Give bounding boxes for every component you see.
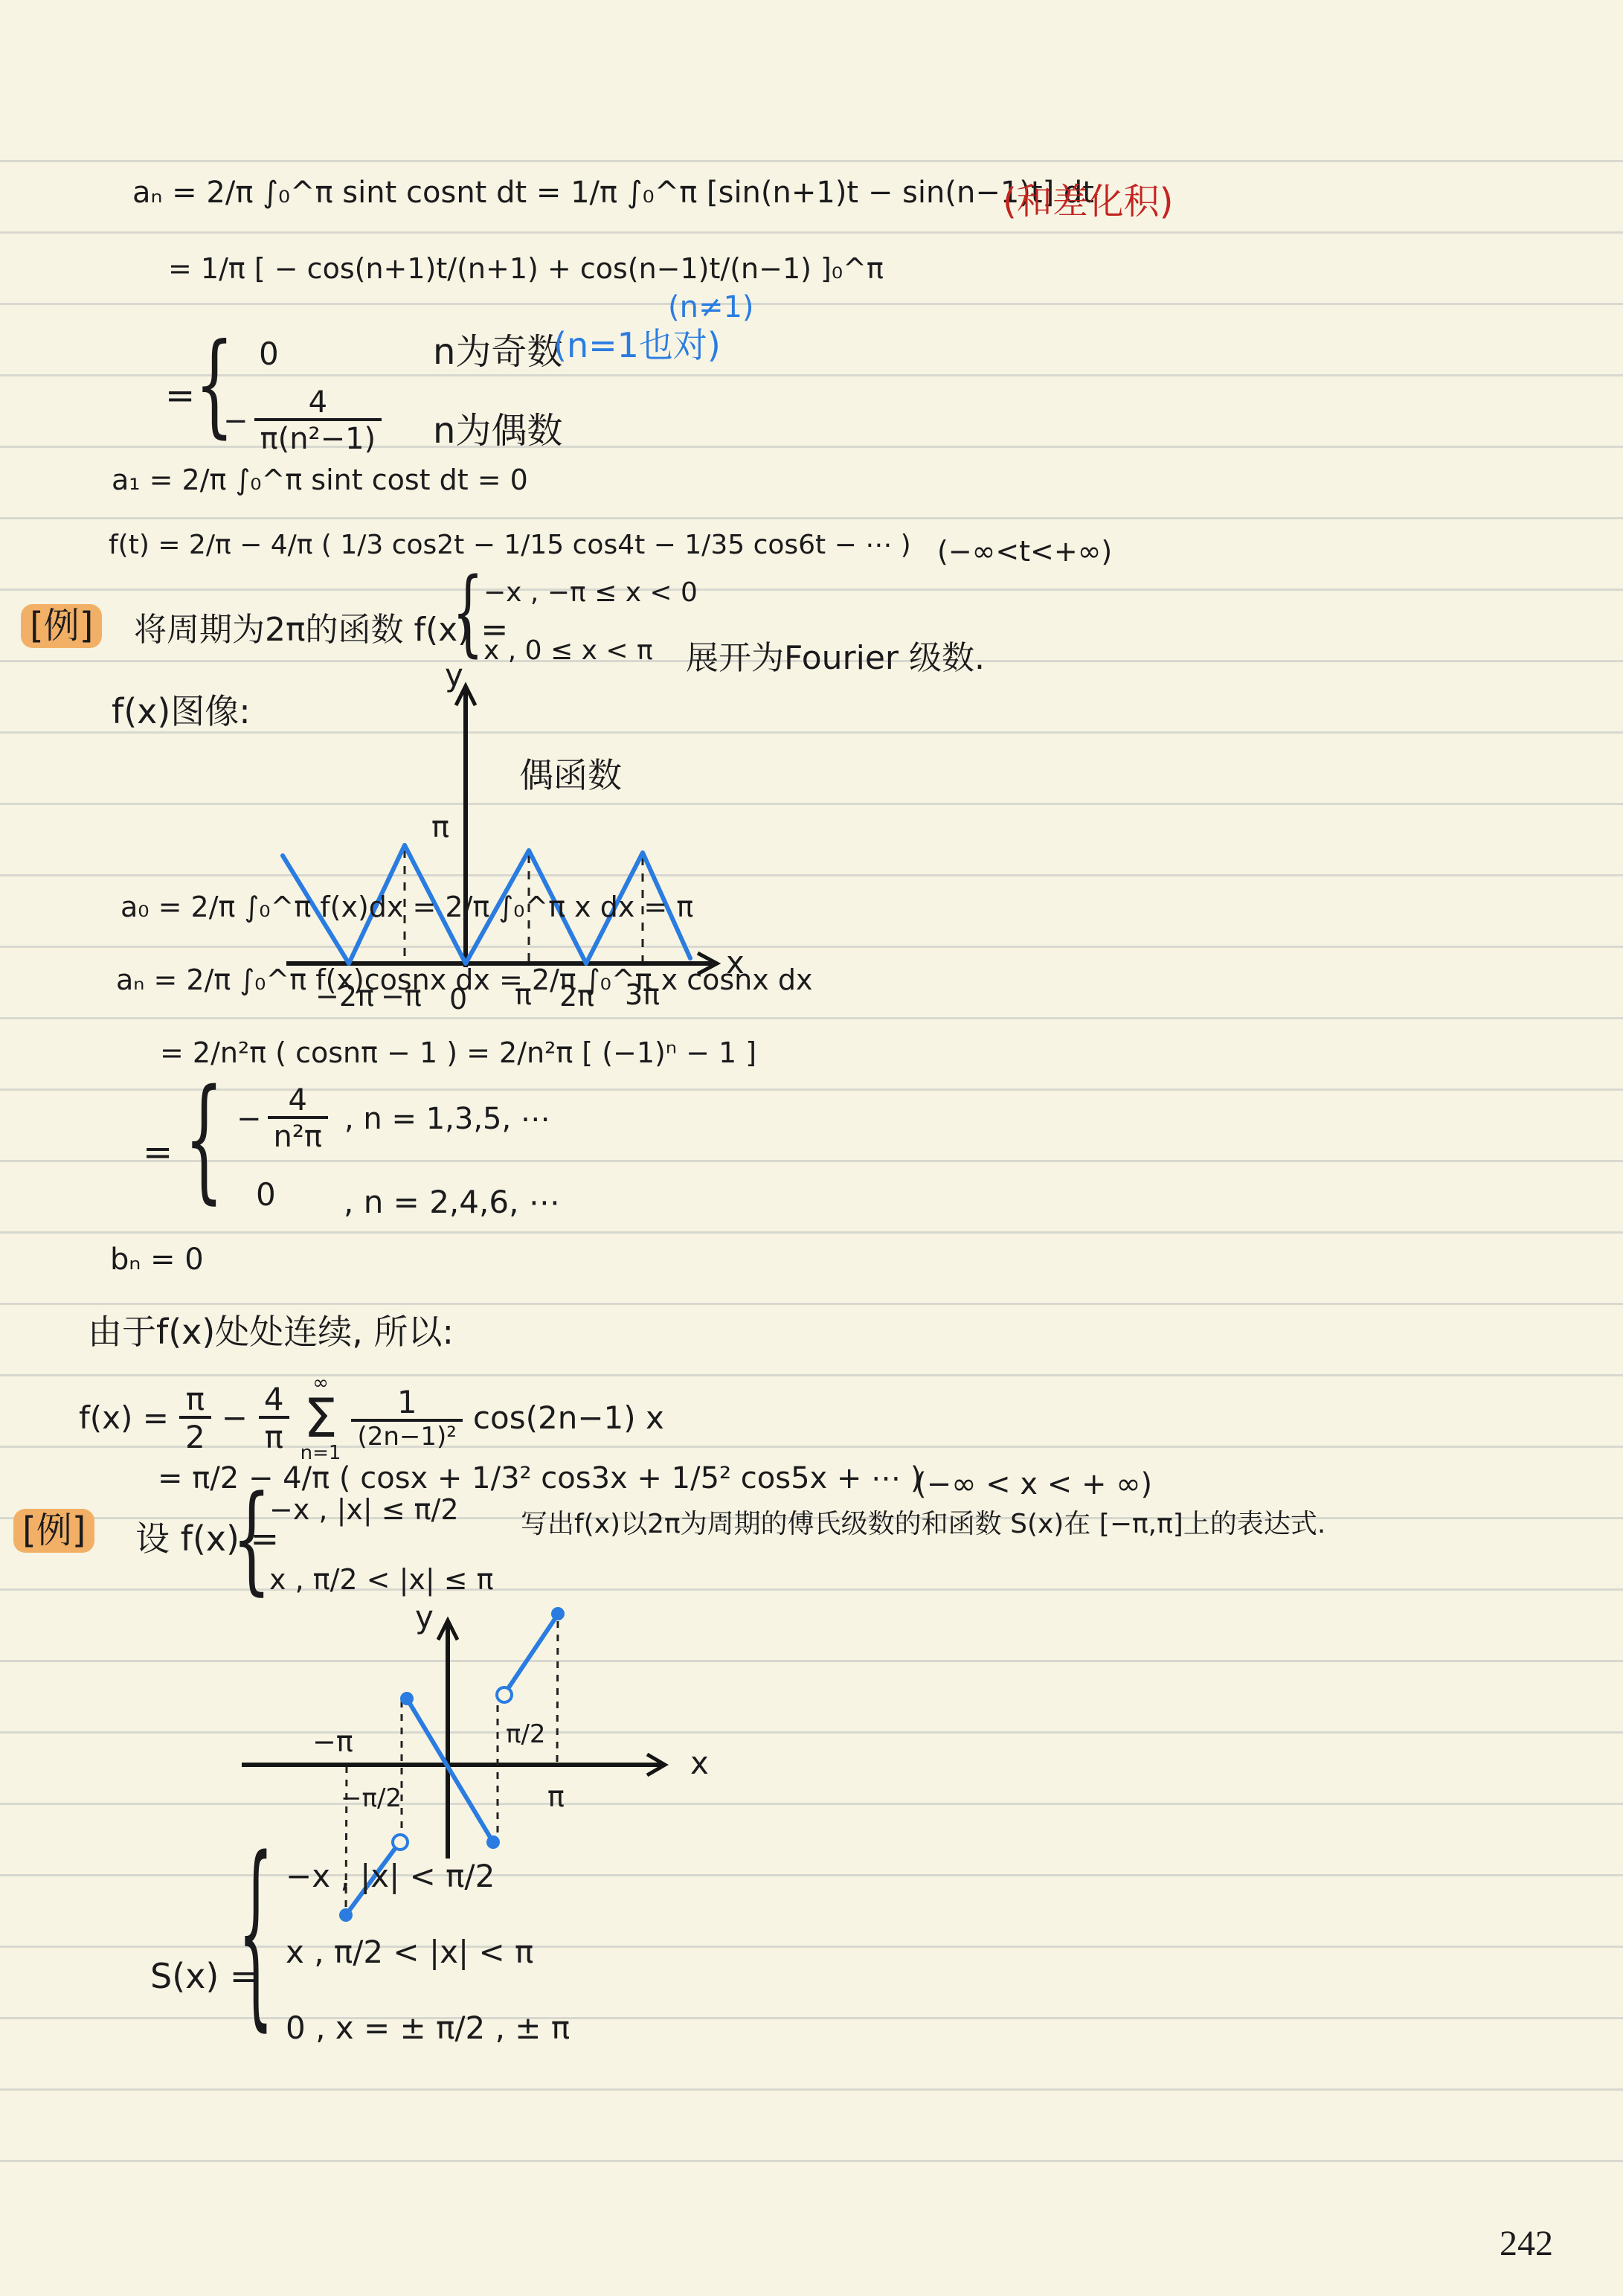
cases-an-ex1-row2-condition: , n = 2,4,6, ⋯	[344, 1184, 560, 1220]
graph2-label-neg-pi: −π	[312, 1725, 353, 1758]
note-sum-to-product: (和差化积)	[1003, 182, 1173, 222]
cases-an-row2-fraction: − 4 π(n²−1)	[223, 387, 382, 455]
example1-tag: [例]	[21, 604, 102, 648]
range-note-t: (−∞<t<+∞)	[937, 536, 1112, 568]
fraction: 4 n²π	[268, 1085, 328, 1152]
example2-tag: [例]	[13, 1509, 94, 1553]
formula-a0: a₀ = 2/π ∫₀^π f(x)dx = 2/π ∫₀^π x dx = π	[120, 891, 693, 924]
fraction-denominator: n²π	[268, 1116, 328, 1152]
fraction-denominator: (2n−1)²	[351, 1419, 462, 1451]
cases-an-row1-condition: n为奇数	[433, 332, 562, 373]
example2-case-row1: −x , |x| ≤ π/2	[269, 1494, 459, 1527]
graph1-ylabel: y	[445, 657, 463, 693]
graph2-label-half-pi: π/2	[506, 1719, 546, 1749]
summation-symbol: ∞ Σ n=1	[301, 1373, 341, 1463]
series-tail: cos(2n−1) x	[473, 1400, 664, 1436]
solid-dot	[551, 1607, 565, 1620]
graph2-label-neg-half-pi: −π/2	[341, 1783, 402, 1813]
example1-case-brace: {	[452, 568, 483, 658]
open-circle	[393, 1835, 408, 1850]
formula-ft-series: f(t) = 2/π − 4/π ( 1/3 cos2t − 1/15 cos4…	[109, 530, 911, 560]
example1-case-row1: −x , −π ≤ x < 0	[483, 577, 698, 608]
cases-an-row1-value: 0	[259, 336, 279, 372]
graph2-ylabel: y	[415, 1599, 434, 1635]
sx-row2: x , π/2 < |x| < π	[286, 1934, 533, 1970]
notebook-page: aₙ = 2/π ∫₀^π sint cosnt dt = 1/π ∫₀^π […	[0, 0, 1623, 2296]
cases-an-ex1-equals: =	[143, 1132, 173, 1173]
open-circle	[497, 1687, 512, 1702]
minus-sign: −	[237, 1102, 262, 1136]
fraction-numerator: 4	[283, 1085, 313, 1116]
fraction-numerator: π	[180, 1383, 210, 1416]
formula-fx-series: f(x) = π 2 − 4 π ∞ Σ n=1 1 (2n−1)² cos(2…	[79, 1373, 664, 1463]
dashed-pi	[557, 1619, 558, 1762]
page-number: 242	[1500, 2223, 1553, 2264]
example2-case-brace: {	[232, 1484, 271, 1595]
sx-row3: 0 , x = ± π/2 , ± π	[286, 2010, 570, 2046]
graph1-ytick-pi: π	[431, 810, 449, 844]
graph2-label-pi: π	[547, 1780, 565, 1813]
fraction: 4 π(n²−1)	[254, 387, 382, 455]
segment-right	[506, 1614, 558, 1692]
fraction: π 2	[179, 1383, 211, 1454]
range-note-x: (−∞ < x < + ∞)	[915, 1467, 1152, 1501]
fraction: 1 (2n−1)²	[351, 1386, 462, 1451]
formula-bn: bₙ = 0	[110, 1242, 204, 1277]
solid-dot	[400, 1692, 414, 1705]
fraction-denominator: 2	[179, 1416, 211, 1454]
cases-an-equals: =	[165, 376, 195, 417]
fraction-numerator: 1	[391, 1386, 423, 1419]
minus-sign: −	[223, 404, 248, 438]
solid-dot	[486, 1835, 500, 1849]
fraction-denominator: π	[259, 1416, 289, 1454]
graph1-even-function-note: 偶函数	[519, 755, 622, 795]
example2-task: 写出f(x)以2π为周期的傅氏级数的和函数 S(x)在 [−π,π]上的表达式.	[521, 1509, 1325, 1539]
solid-dot	[339, 1908, 353, 1922]
cases-an-row2-condition: n为偶数	[433, 411, 562, 452]
graph2-xlabel: x	[690, 1745, 709, 1781]
note-n-equals-1-also: (n=1也对)	[553, 326, 721, 365]
formula-an-integral: aₙ = 2/π ∫₀^π sint cosnt dt = 1/π ∫₀^π […	[132, 176, 1094, 210]
fraction-denominator: π(n²−1)	[254, 418, 382, 455]
continuity-note: 由于f(x)处处连续, 所以:	[88, 1312, 454, 1352]
fraction-numerator: 4	[303, 387, 333, 418]
summation-lower-limit: n=1	[301, 1443, 341, 1463]
formula-a1: a₁ = 2/π ∫₀^π sint cost dt = 0	[112, 464, 528, 497]
sx-brace: {	[238, 1838, 274, 2029]
cases-an-ex1-row1-condition: , n = 1,3,5, ⋯	[344, 1102, 550, 1136]
formula-an-ex1: aₙ = 2/π ∫₀^π f(x)cosnx dx = 2/π ∫₀^π x …	[116, 964, 812, 997]
minus-sign: −	[222, 1400, 248, 1436]
fraction: 4 π	[258, 1383, 290, 1454]
fraction-numerator: 4	[258, 1383, 290, 1416]
note-n-not-1: (n≠1)	[668, 290, 754, 324]
formula-an-evaluated: = 1/π [ − cos(n+1)t/(n+1) + cos(n−1)t/(n…	[168, 253, 884, 286]
sx-row1: −x , |x| < π/2	[286, 1859, 495, 1894]
cases-an-ex1-row2-value: 0	[256, 1177, 276, 1213]
graph-sx-pieces: y x −π −π/2 π/2 π	[223, 1592, 744, 1949]
series-lhs: f(x) =	[79, 1400, 169, 1436]
formula-an-ex1-evaluated: = 2/n²π ( cosnπ − 1 ) = 2/n²π [ (−1)ⁿ − …	[160, 1037, 756, 1070]
formula-fx-series-expanded: = π/2 − 4/π ( cosx + 1/3² cos3x + 1/5² c…	[158, 1461, 922, 1495]
cases-an-ex1-row1: − 4 n²π , n = 1,3,5, ⋯	[237, 1085, 550, 1152]
sigma-icon: Σ	[303, 1393, 338, 1443]
cases-an-ex1-brace: {	[184, 1076, 223, 1203]
